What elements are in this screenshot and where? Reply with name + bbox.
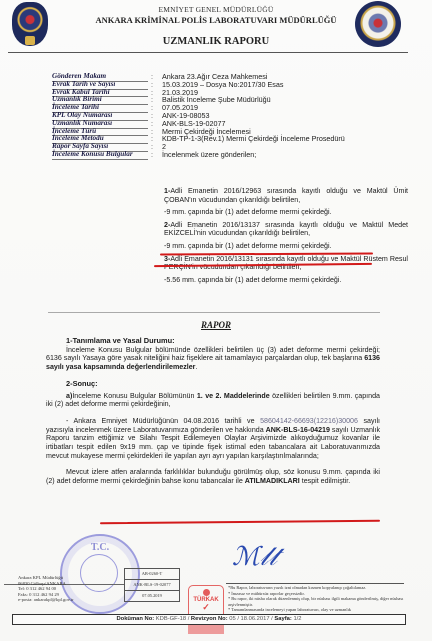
meta-value: İncelenmek üzere gönderilen; [162,151,256,159]
notes-divider [226,583,404,584]
section-2a-text: a)İnceleme Konusu Bulgular Bölümünün 1. … [46,392,380,409]
rapor-heading: RAPOR [0,320,432,330]
finding-1: 1-Adli Emanetin 2016/12963 sırasında kay… [164,187,408,204]
report-body: 1-Tanımlama ve Yasal Durumu: İnceleme Ko… [46,337,380,486]
report-page: EMNİYET GENEL MÜDÜRLÜĞÜ ANKARA KRİMİNAL … [0,0,432,641]
reference-box: AB-0260-T ANK-BLS-19-02077 07.05.2019 [124,568,180,602]
meta-value: KDB-TP-1-3(Rev.1) Mermi Çekirdeği İncele… [162,135,345,143]
lab-address: Ankara KPL Müdürlüğü 06830 Gölbaşı/ANKAR… [18,575,74,603]
document-info-bar: Doküman No: KDB-GF-18 / Revizyon No: 05 … [12,614,406,625]
section-divider [48,312,380,313]
section-1-text: İnceleme Konusu Bulgular bölümünde özell… [46,346,380,372]
org-line-2: ANKARA KRİMİNAL POLİS LABORATUVARI MÜDÜR… [0,15,432,25]
finding-1-item: -9 mm. çapında bir (1) adet deforme merm… [164,208,408,217]
finding-2: 2-Adli Emanetin 2016/13137 sırasında kay… [164,221,408,238]
section-2-heading: 2-Sonuç: [46,380,380,389]
report-title: UZMANLIK RAPORU [0,36,432,47]
finding-3-item: -5.56 mm. çapında bir (1) adet deforme m… [164,276,408,285]
findings-list: 1-Adli Emanetin 2016/12963 sırasında kay… [164,187,408,284]
signature: ℳ𝓁𝓉 [232,542,277,573]
comparison-paragraph: - Ankara Emniyet Müdürlüğünün 04.08.2016… [46,417,380,461]
footer-notes: *Bu Rapor, laboratuvarın yazılı izni olm… [228,585,408,613]
header-divider [8,52,408,53]
red-underline-annotation [100,520,380,524]
meta-colon: : [151,151,153,159]
section-1-heading: 1-Tanımlama ve Yasal Durumu: [46,337,380,346]
meta-label: İnceleme Konusu Bulgular [52,151,148,160]
conclusion-paragraph: Mevcut izlere atfen aralarında farklılık… [46,468,380,485]
org-line-1: EMNİYET GENEL MÜDÜRLÜĞÜ [0,5,432,14]
finding-2-item: -9 mm. çapında bir (1) adet deforme merm… [164,242,408,251]
